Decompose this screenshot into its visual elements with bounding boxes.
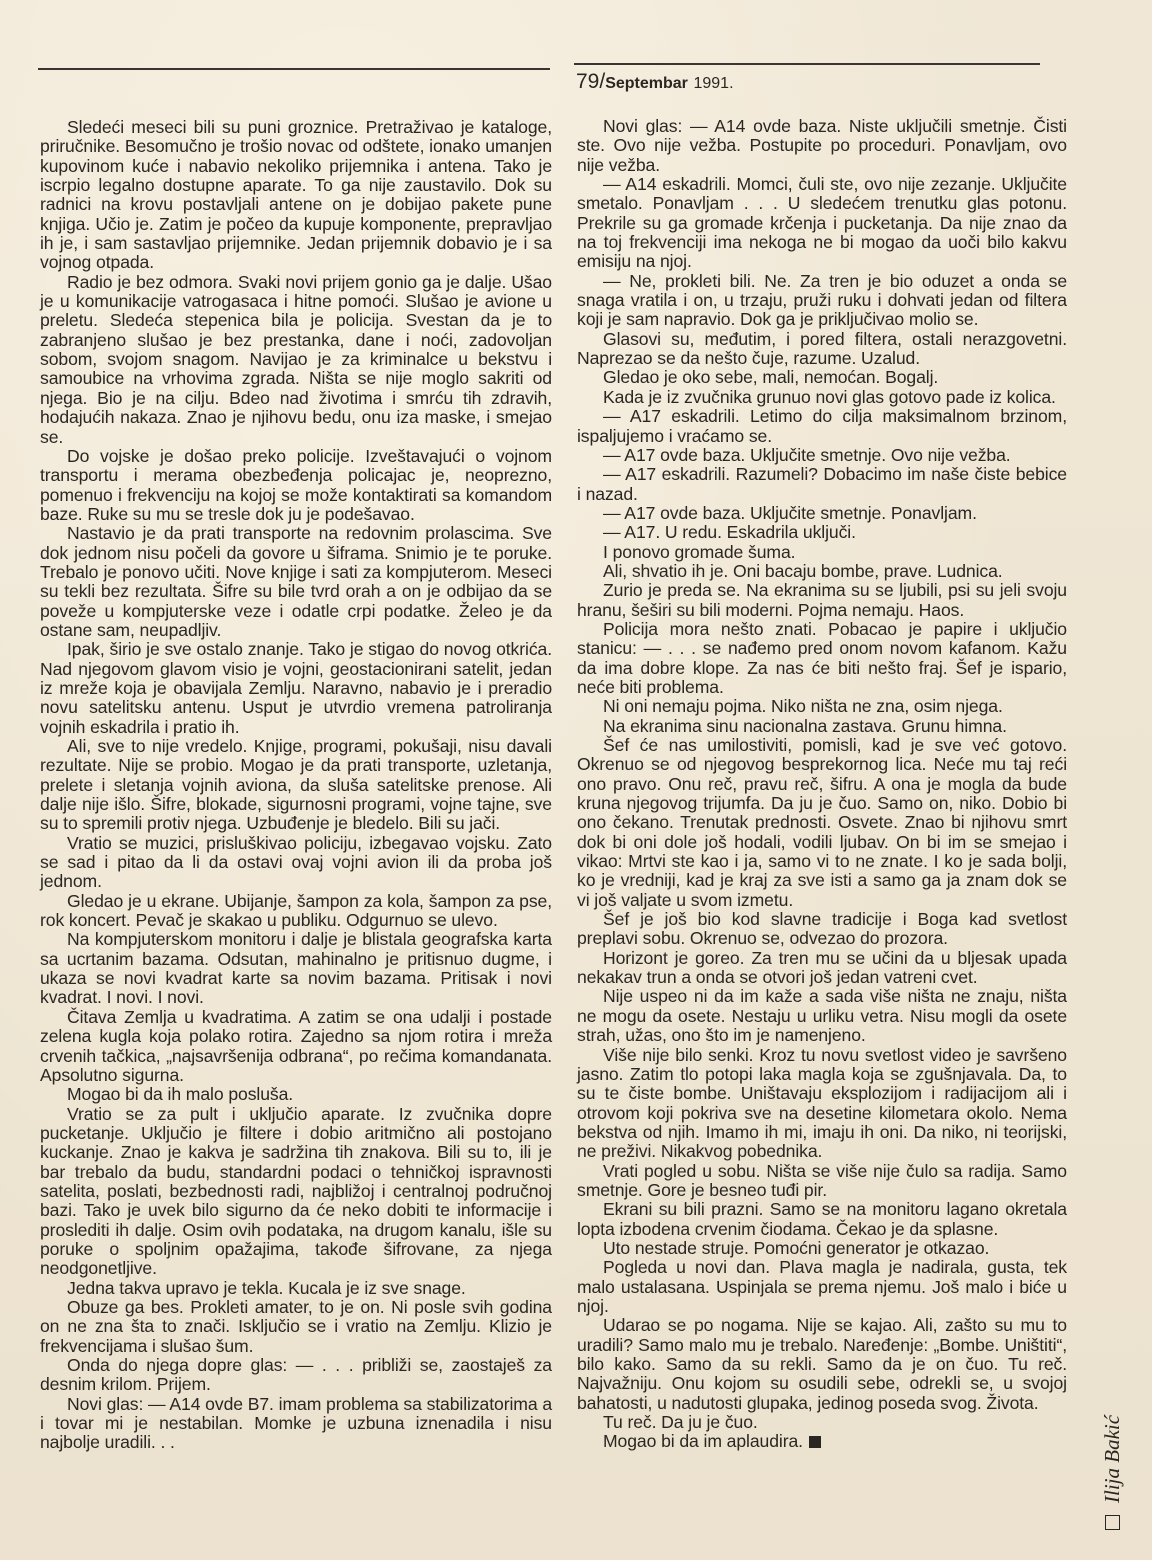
- paragraph: Glasovi su, međutim, i pored filtera, os…: [577, 330, 1067, 369]
- page-folio: 79/Septembar 1991.: [576, 70, 734, 94]
- paragraph: — A14 eskadrili. Momci, čuli ste, ovo ni…: [577, 175, 1067, 272]
- paragraph: Čitava Zemlja u kvadratima. A zatim se o…: [40, 1008, 552, 1085]
- paragraph: Vratio se za pult i uključio aparate. Iz…: [40, 1105, 552, 1279]
- paragraph: Nastavio je da prati transporte na redov…: [40, 524, 552, 640]
- paragraph: — Ne, prokleti bili. Ne. Za tren je bio …: [577, 272, 1067, 330]
- paragraph: Horizont je goreo. Za tren mu se učini d…: [577, 949, 1067, 988]
- paragraph: Nije uspeo ni da im kaže a sada više niš…: [577, 987, 1067, 1045]
- paragraph: Jedna takva upravo je tekla. Kucala je i…: [40, 1279, 552, 1298]
- paragraph: Mogao bi da ih malo posluša.: [40, 1085, 552, 1104]
- author-name: Ilija Bakić: [1100, 1415, 1125, 1503]
- paragraph: — A17 ovde baza. Uključite smetnje. Ovo …: [577, 446, 1067, 465]
- paragraph: Udarao se po nogama. Nije se kajao. Ali,…: [577, 1316, 1067, 1413]
- paragraph: Sledeći meseci bili su puni groznice. Pr…: [40, 118, 552, 273]
- paragraph: Ipak, širio je sve ostalo znanje. Tako j…: [40, 640, 552, 737]
- page-number: 79/: [576, 70, 605, 93]
- paragraph: Novi glas: — A14 ovde B7. imam problema …: [40, 1395, 552, 1453]
- paragraph: Šef će nas umilostiviti, pomisli, kad je…: [577, 736, 1067, 910]
- paragraph: Tu reč. Da ju je čuo.: [577, 1413, 1067, 1432]
- paragraph: Onda do njega dopre glas: — . . . pribli…: [40, 1356, 552, 1395]
- end-of-story-square-icon: [809, 1436, 821, 1448]
- paragraph: Do vojske je došao preko policije. Izveš…: [40, 447, 552, 524]
- final-paragraph: Mogao bi da im aplaudira.: [577, 1432, 1067, 1451]
- paragraph: I ponovo gromade šuma.: [577, 543, 1067, 562]
- magazine-page: 79/Septembar 1991. Sledeći meseci bili s…: [0, 0, 1152, 1560]
- paragraph: Novi glas: — A14 ovde baza. Niste uključ…: [577, 117, 1067, 175]
- paragraph: Na ekranima sinu nacionalna zastava. Gru…: [577, 717, 1067, 736]
- paragraph: Ali, shvatio ih je. Oni bacaju bombe, pr…: [577, 562, 1067, 581]
- paragraph: Šef je još bio kod slavne tradicije i Bo…: [577, 910, 1067, 949]
- paragraph: Ni oni nemaju pojma. Niko ništa ne zna, …: [577, 697, 1067, 716]
- paragraph: Vrati pogled u sobu. Ništa se više nije …: [577, 1162, 1067, 1201]
- paragraph: Uto nestade struje. Pomoćni generator je…: [577, 1239, 1067, 1258]
- author-byline: Ilija Bakić: [1100, 1415, 1125, 1530]
- paragraph: Vratio se muzici, prisluškivao policiju,…: [40, 834, 552, 892]
- right-column: Novi glas: — A14 ovde baza. Niste uključ…: [577, 117, 1067, 1452]
- paragraph: — A17 ovde baza. Uključite smetnje. Pona…: [577, 504, 1067, 523]
- paragraph: Više nije bilo senki. Kroz tu novu svetl…: [577, 1046, 1067, 1162]
- paragraph: Zurio je preda se. Na ekranima su se lju…: [577, 581, 1067, 620]
- paragraph: Pogleda u novi dan. Plava magla je nadir…: [577, 1258, 1067, 1316]
- paragraph: Ekrani su bili prazni. Samo se na monito…: [577, 1200, 1067, 1239]
- paragraph: Gledao je u ekrane. Ubijanje, šampon za …: [40, 892, 552, 931]
- paragraph: Ali, sve to nije vredelo. Knjige, progra…: [40, 737, 552, 834]
- left-column: Sledeći meseci bili su puni groznice. Pr…: [40, 118, 552, 1453]
- issue-year: 1991.: [693, 75, 733, 92]
- issue-month: Septembar: [605, 75, 688, 92]
- paragraph: Kada je iz zvučnika grunuo novi glas got…: [577, 388, 1067, 407]
- paragraph: Policija mora nešto znati. Pobacao je pa…: [577, 620, 1067, 697]
- header-rule-left: [38, 68, 550, 70]
- paragraph: — A17. U redu. Eskadrila uključi.: [577, 523, 1067, 542]
- final-paragraph-text: Mogao bi da im aplaudira.: [603, 1431, 803, 1451]
- byline-box-icon: [1105, 1515, 1120, 1530]
- header-rule-right: [574, 63, 1040, 65]
- paragraph: Gledao je oko sebe, mali, nemoćan. Bogal…: [577, 368, 1067, 387]
- paragraph: — A17 eskadrili. Razumeli? Dobacimo im n…: [577, 465, 1067, 504]
- paragraph: Na kompjuterskom monitoru i dalje je bli…: [40, 930, 552, 1007]
- paragraph: Radio je bez odmora. Svaki novi prijem g…: [40, 273, 552, 447]
- paragraph: — A17 eskadrili. Letimo do cilja maksima…: [577, 407, 1067, 446]
- paragraph: Obuze ga bes. Prokleti amater, to je on.…: [40, 1298, 552, 1356]
